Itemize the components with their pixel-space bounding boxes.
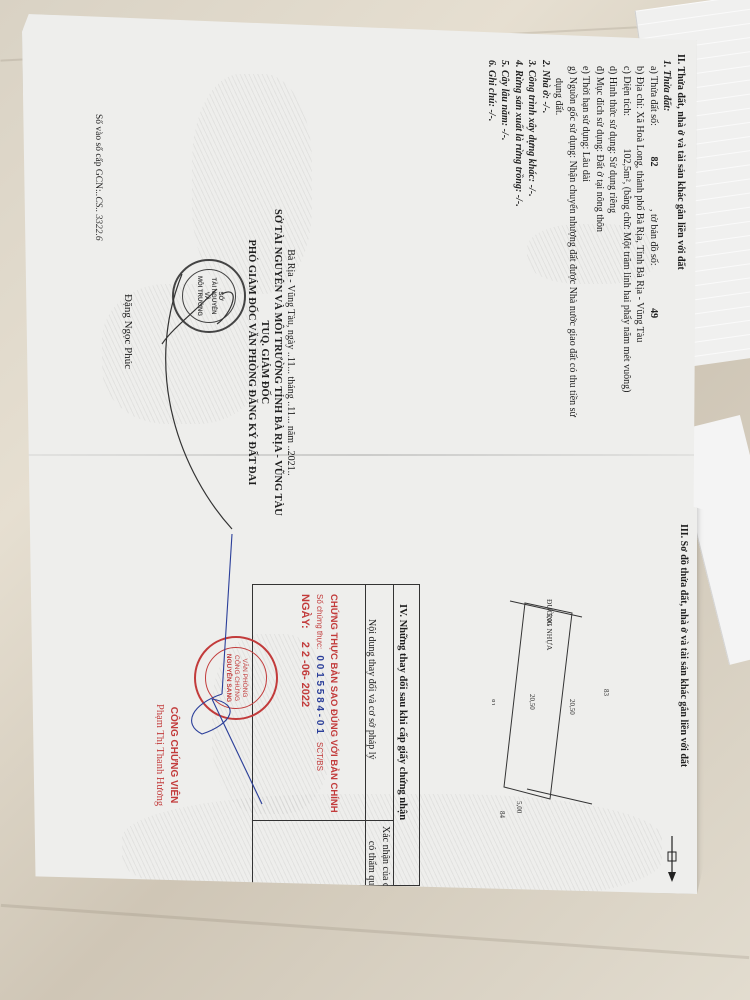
address-line: b) Địa chỉ: Xã Hoà Long, thành phố Bà Rị… bbox=[633, 54, 647, 417]
land-certificate-document: II. Thửa đất, nhà ở và tài sản khác gắn … bbox=[22, 14, 697, 894]
svg-text:81: 81 bbox=[492, 699, 496, 707]
item-1-label: 1. Thửa đất: bbox=[660, 54, 674, 417]
origin-line-2: dụng đất. bbox=[552, 54, 566, 417]
svg-text:20,50: 20,50 bbox=[568, 699, 576, 715]
usage-term-line: e) Thời hạn sử dụng: Lâu dài bbox=[579, 54, 593, 417]
map-label: , tờ bản đồ số: bbox=[648, 209, 659, 266]
svg-text:20,50: 20,50 bbox=[528, 694, 536, 710]
item-2: 2. Nhà ở: -/-. bbox=[539, 54, 553, 417]
svg-text:5,00: 5,00 bbox=[545, 613, 553, 626]
section-iv-title-text: IV. Những thay đổi sau khi cấp giấy chứn… bbox=[396, 604, 410, 820]
registry-label: Số vào sổ cấp GCN: bbox=[93, 114, 103, 192]
certification-heading: CHỨNG THỰC BẢN SAO ĐÚNG VỚI BẢN CHÍNH bbox=[327, 594, 341, 813]
parcel-number-line: a) Thửa đất số: 82 , tờ bản đồ số: 49 bbox=[647, 54, 661, 417]
map-number: 49 bbox=[648, 308, 659, 318]
svg-text:83: 83 bbox=[602, 689, 610, 697]
land-plot-diagram: ĐƯỜNG NHỰA 5,00 20,50 20,50 5,00 81 83 8… bbox=[492, 589, 662, 849]
registry-number: Số vào sổ cấp GCN:..CS.. 3322.6 bbox=[91, 114, 105, 241]
section-iii-title: III. Sơ đồ thửa đất, nhà ở và tài sản kh… bbox=[677, 524, 691, 767]
area-value: 102,5m², (bằng chữ: Một trăm linh hai ph… bbox=[621, 148, 632, 392]
section-ii-title: II. Thửa đất, nhà ở và tài sản khác gắn … bbox=[674, 54, 688, 417]
parcel-number: 82 bbox=[648, 156, 659, 166]
section-ii: II. Thửa đất, nhà ở và tài sản khác gắn … bbox=[485, 54, 688, 417]
area-line: c) Diện tích: 102,5m², (bằng chữ: Một tr… bbox=[620, 54, 634, 417]
north-arrow-icon bbox=[662, 834, 682, 884]
notary-name: Phạm Thị Thanh Hương bbox=[153, 704, 167, 806]
handwritten-signature bbox=[122, 254, 342, 534]
area-label: c) Diện tích: bbox=[621, 66, 632, 116]
registry-value: ..CS.. 3322.6 bbox=[93, 192, 103, 241]
svg-text:84: 84 bbox=[498, 811, 506, 819]
changes-column-1: Nội dung thay đổi và cơ sở pháp lý bbox=[365, 619, 379, 760]
section-iii: III. Sơ đồ thửa đất, nhà ở và tài sản kh… bbox=[677, 524, 691, 767]
notary-signature bbox=[172, 534, 312, 814]
parcel-label: a) Thửa đất số: bbox=[648, 66, 659, 126]
section-iv-title: IV. Những thay đổi sau khi cấp giấy chứn… bbox=[396, 604, 410, 820]
item-5: 5. Cây lâu năm: -/-. bbox=[498, 54, 512, 417]
certification-suffix: SCT/BS bbox=[316, 742, 325, 771]
usage-purpose-line: đ) Mục đích sử dụng: Đất ở tại nông thôn bbox=[593, 54, 607, 417]
usage-form-line: d) Hình thức sử dụng: Sử dụng riêng bbox=[606, 54, 620, 417]
certification-number-line: Số chứng thực: 0 0 1 5 5 8 4 - 0 1 SCT/B… bbox=[313, 594, 327, 813]
origin-line: g) Nguồn gốc sử dụng: Nhận chuyển nhượng… bbox=[566, 54, 580, 417]
item-4: 4. Rừng sản xuất là rừng trồng: -/-. bbox=[512, 54, 526, 417]
certification-number-label: Số chứng thực: bbox=[316, 594, 325, 649]
svg-text:5,00: 5,00 bbox=[515, 801, 523, 814]
certification-number: 0 0 1 5 5 8 4 - 0 1 bbox=[315, 655, 326, 733]
item-6: 6. Ghi chú: -/-. bbox=[485, 54, 499, 417]
column-1-header: Nội dung thay đổi và cơ sở pháp lý bbox=[365, 619, 379, 760]
item-3: 3. Công trình xây dựng khác: -/-. bbox=[525, 54, 539, 417]
